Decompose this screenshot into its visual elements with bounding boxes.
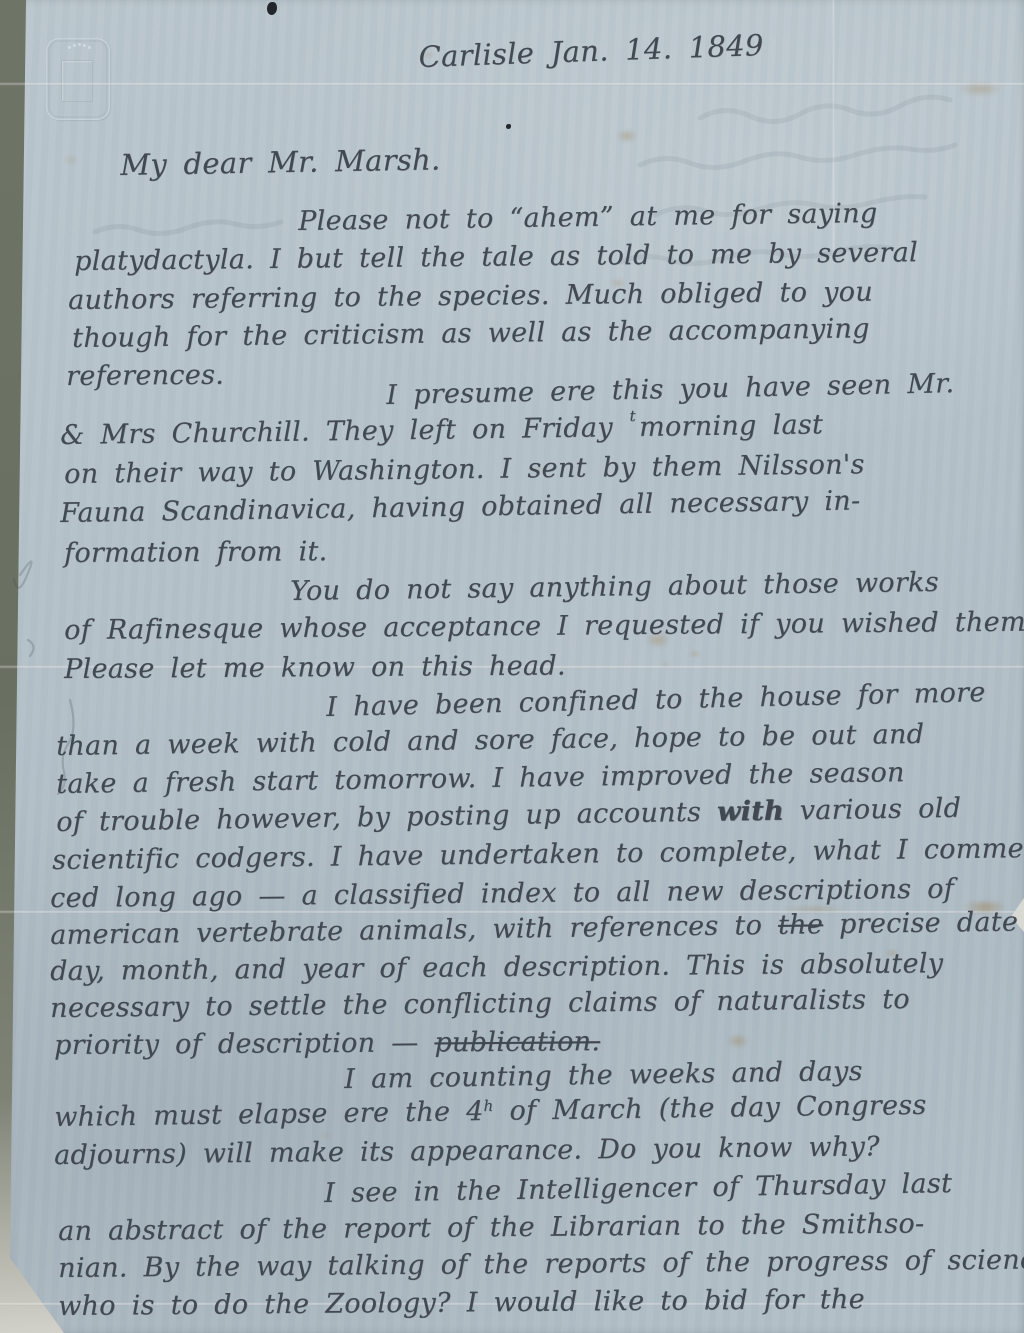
embossed-stamp xyxy=(46,38,110,120)
letter-line: Please let me know on this head. xyxy=(64,650,566,685)
letter-line: priority of description — publication. xyxy=(54,1026,600,1061)
stamp-crown-dots xyxy=(68,46,71,49)
letter-text-segment: Please let me know on this head. xyxy=(64,650,566,685)
letter-text-segment: precise date xyxy=(823,906,1018,940)
letter-scan: Carlisle Jan. 14. 1849 My dear Mr. Marsh… xyxy=(0,0,1024,1333)
letter-text-segment: various old xyxy=(784,793,962,827)
letter-text-segment: the xyxy=(778,909,824,941)
letter-text-segment: formation from it. xyxy=(64,536,328,569)
letter-text-segment: publication. xyxy=(434,1026,600,1058)
letter-text-segment: with xyxy=(717,796,784,828)
letter-text-segment: t xyxy=(629,407,636,425)
letter-text-segment: priority of description — xyxy=(54,1027,435,1061)
stamp-shield xyxy=(61,60,93,102)
letter-line: formation from it. xyxy=(64,536,328,569)
letter-text-segment: morning last xyxy=(639,409,824,443)
letter-text-segment: of March (the day Congress xyxy=(493,1090,926,1127)
letter-text-segment: references. xyxy=(66,360,224,392)
letter-line: references. xyxy=(66,360,224,392)
salutation: My dear Mr. Marsh. xyxy=(120,142,441,182)
letter-text-segment: which must elapse ere the 4 xyxy=(54,1096,484,1133)
